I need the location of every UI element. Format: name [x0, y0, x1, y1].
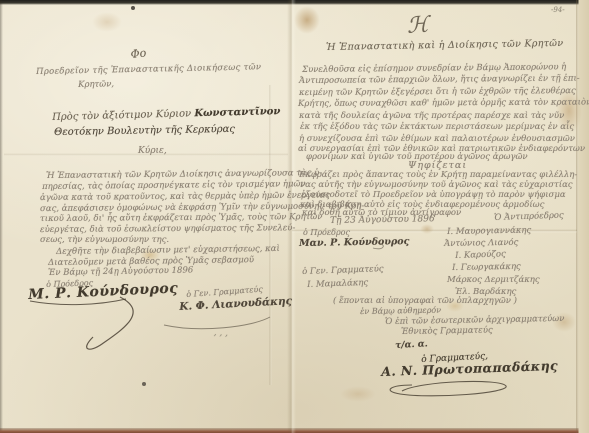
president-title: ὁ Πρόεδρος — [303, 228, 350, 237]
body-line: Κρήτης, ὅπως συναχθῶσι καθ' ἡμῶν μετὰ ὁρ… — [298, 97, 589, 109]
attestation-line: ἐν Βάμῳ αὐθημερόν — [360, 306, 441, 316]
ink-speck — [131, 6, 135, 10]
body-line: ἐκ τῆς ἐξόδου τὰς τῶν ἐκτάκτων περιστάσε… — [300, 122, 574, 132]
foxing-stain — [420, 224, 434, 234]
body-line: ἐξουσιοδοτεῖ τὸ Προεδρεῖον νὰ ὑπογράψῃ τ… — [301, 190, 566, 200]
body-line: Ἐκφράζει πρὸς ἅπαντας τοὺς ἐν Κρήτῃ παρα… — [298, 170, 577, 180]
ink-speck — [142, 382, 146, 386]
address-line: Θεοτόκην Βουλευτὴν τῆς Κερκύρας — [54, 124, 235, 138]
attestation-line: Ἐθνικὸς Γραμματεύς — [401, 325, 493, 337]
committee-name: Ι. Καρούζος — [455, 249, 506, 261]
stray-pencil-marks: ‚ ‚ ‚ — [213, 328, 228, 339]
address-intro: Πρὸς τὸν ἀξιότιμον Κύριον — [52, 108, 195, 123]
committee-name: Ἀντώνιος Λιανός — [444, 238, 518, 249]
foxing-stain — [340, 386, 376, 402]
foxing-stain — [92, 12, 122, 32]
body-line: εὐεργέτας, διὰ τοῦ ἐσωκλείστου ψηφίσματο… — [40, 223, 295, 235]
foxing-stain — [294, 6, 320, 34]
address-name: Κωνσταντῖνον — [194, 106, 280, 119]
salutation: Κύριε, — [138, 146, 167, 156]
letterhead-line: Προεδρεῖον τῆς Ἐπαναστατικῆς Διοικήσεως … — [36, 62, 261, 77]
committee-name: Μάρκος Δερμιτζάκης — [447, 275, 540, 285]
signatures-note: ( ἕπονται αἱ ὑπογραφαὶ τῶν ὁπλαρχηγῶν ) — [333, 296, 517, 306]
secretary-signature: Α. Ν. Πρωτοπαπαδάκης — [381, 358, 558, 379]
body-line: ἡ συνεχίζουσα ἐπὶ τῶν ἐθίμων καὶ παλαιοτ… — [299, 134, 575, 144]
letterhead-line: Κρητῶν, — [78, 79, 114, 90]
body-line: σεως, τὴν εὐγνωμοσύνην της. — [40, 235, 169, 245]
page-under-sheet-edge — [576, 0, 589, 433]
scan-top-edge — [0, 0, 589, 5]
secretary-name: Ι. Μαμαλάκης — [307, 278, 368, 290]
scan-bottom-edge — [0, 428, 589, 433]
body-line: Ἀντιπροσωπεία τῶν ἐπαρχιῶν ὅλων, ἥτις ἀν… — [299, 74, 580, 86]
body-line: κατὰ τῆς δουλείας ἀγῶνα τῆς προτέρας παρ… — [299, 111, 564, 121]
address-line: Πρὸς τὸν ἀξιότιμον Κύριον Κωνσταντῖνον — [52, 106, 281, 123]
left-monogram: Φο — [130, 46, 147, 61]
body-line: τικοῦ λαοῦ, δι' ἧς αὕτη ἐκφράζεται πρὸς … — [40, 212, 322, 224]
attestation-line: Ὁ ἐπὶ τῶν ἐσωτερικῶν ἀρχιγραμματεύων — [385, 313, 564, 326]
scan-left-edge — [0, 0, 3, 433]
dateline: Τῇ 23 Αὐγούστου 1896 — [330, 214, 435, 226]
secretary-title: ὁ Γεν. Γραμματεύς — [302, 264, 384, 277]
committee-name: Ι. Γεωργακάκης — [452, 262, 521, 273]
president-name: Μαν. Ρ. Κούνδουρος — [299, 236, 409, 249]
committee-name: Ι. Μαυρογιαννάκης — [447, 226, 531, 237]
vice-president-title: Ὁ Ἀντιπρόεδρος — [494, 211, 564, 223]
body-line: κειμένῃ τῶν Κρητῶν ἐξεγέρσει ὅτι ἡ τῶν ἐ… — [299, 86, 576, 98]
page-number: -94- — [551, 6, 565, 14]
body-line: νας αὐτῆς τὴν εὐγνωμοσύνην τοῦ ἀγῶνος κα… — [300, 180, 573, 190]
right-heading: Ἡ Ἐπαναστατικὴ καὶ ἡ Διοίκησις τῶν Κρητῶ… — [326, 38, 563, 53]
seal-note: τ/α. α. — [395, 339, 428, 351]
right-monogram: ℋ — [406, 12, 429, 38]
left-page-vertical-crease — [269, 85, 272, 385]
dateline: Ἐν Βάμῳ τῇ 24ῃ Αὐγούστου 1896 — [48, 265, 193, 278]
scanned-manuscript-document: Φο Προεδρεῖον τῆς Ἐπαναστατικῆς Διοικήσε… — [0, 0, 589, 433]
